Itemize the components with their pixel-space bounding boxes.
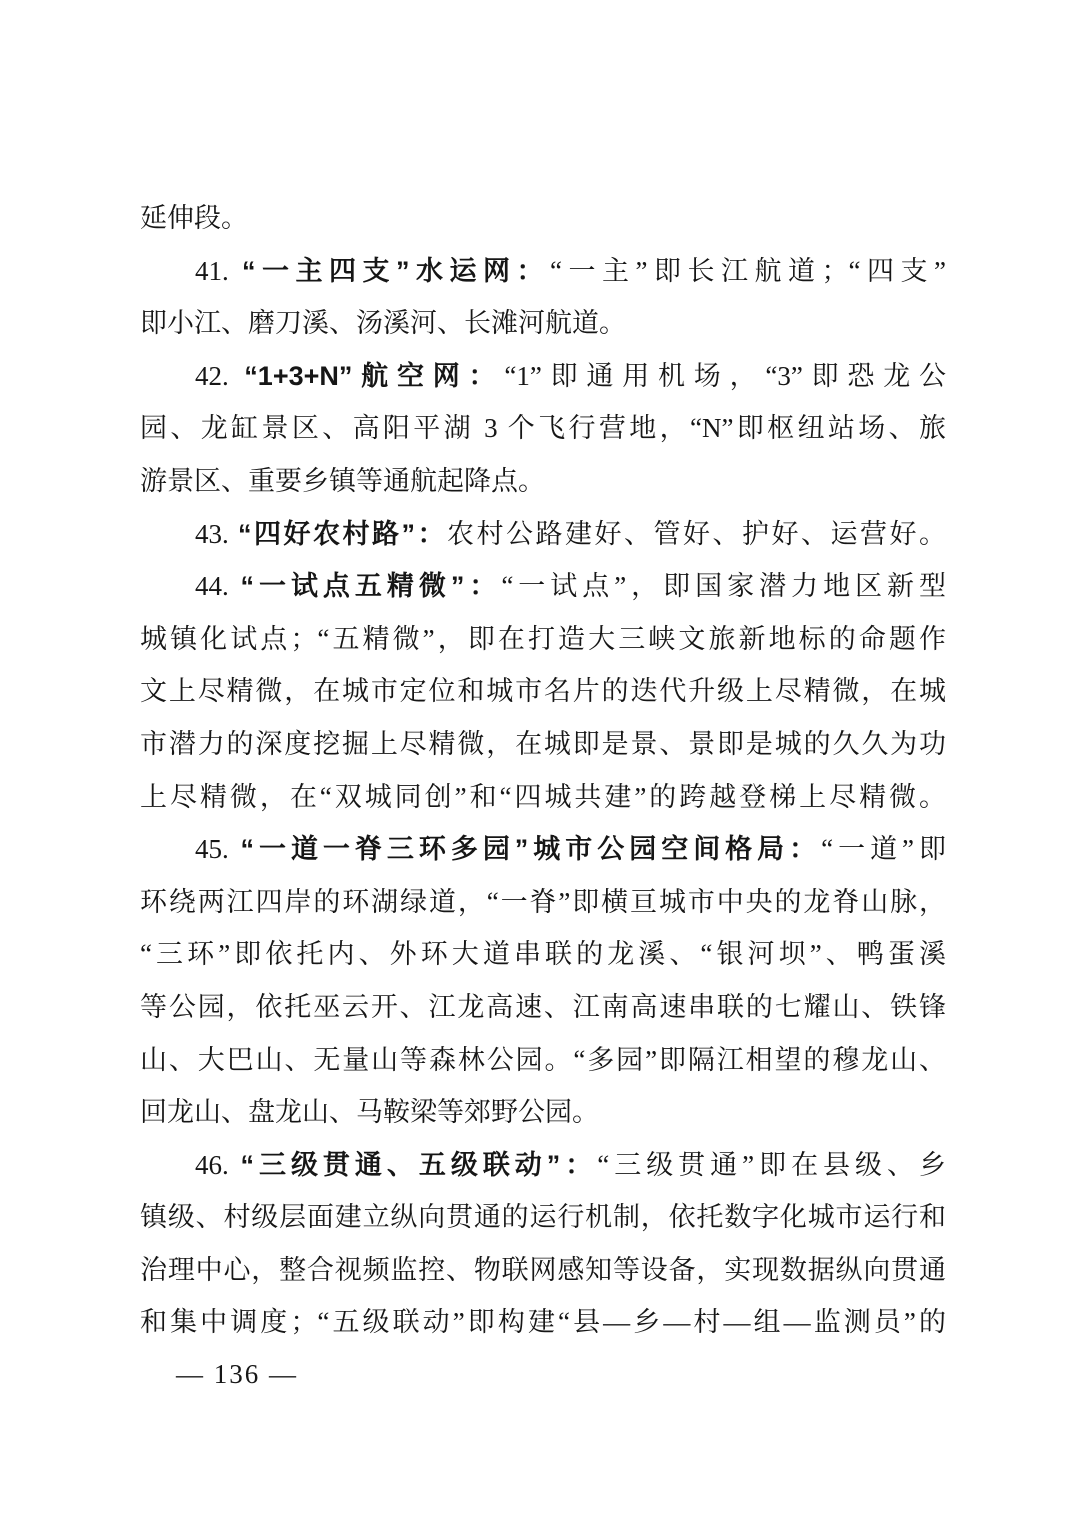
text-line: 43. “四好农村路”：农村公路建好、管好、护好、运营好。 (140, 508, 946, 561)
text-run: 43. (195, 519, 238, 549)
text-run: 即小江、磨刀溪、汤溪河、长滩河航道。 (140, 308, 626, 338)
text-run: 等公园，依托巫云开、江龙高速、江南高速串联的七耀山、铁锋 (140, 992, 946, 1022)
term-heading: “三级贯通、五级联动”： (240, 1150, 597, 1180)
text-line: 42. “1+3+N”航空网：“1”即通用机场，“3”即恐龙公 (140, 350, 946, 403)
text-run: 上尽精微，在“双城同创”和“四城共建”的跨越登梯上尽精微。 (140, 782, 946, 812)
text-run: 46. (195, 1150, 240, 1180)
text-line: 等公园，依托巫云开、江龙高速、江南高速串联的七耀山、铁锋 (140, 981, 946, 1034)
text-run: 延伸段。 (140, 203, 248, 233)
text-run: “1”即通用机场，“3”即恐龙公 (504, 361, 946, 391)
text-line: “三环”即依托内、外环大道串联的龙溪、“银河坝”、鸭蛋溪 (140, 928, 946, 981)
text-line: 41. “一主四支”水运网：“一主”即长江航道；“四支” (140, 245, 946, 298)
text-run: 游景区、重要乡镇等通航起降点。 (140, 466, 545, 496)
text-run: 45. (195, 834, 240, 864)
page-number: — 136 — (176, 1348, 298, 1400)
text-line: 园、龙缸景区、高阳平湖 3 个飞行营地，“N”即枢纽站场、旅 (140, 402, 946, 455)
text-line: 山、大巴山、无量山等森林公园。“多园”即隔江相望的穆龙山、 (140, 1034, 946, 1087)
text-run: 环绕两江四岸的环湖绿道，“一脊”即横亘城市中央的龙脊山脉， (140, 887, 946, 917)
text-line: 即小江、磨刀溪、汤溪河、长滩河航道。 (140, 297, 946, 350)
text-line: 上尽精微，在“双城同创”和“四城共建”的跨越登梯上尽精微。 (140, 771, 946, 824)
term-heading: “四好农村路”： (238, 519, 447, 549)
term-heading: “一道一脊三环多园”城市公园空间格局： (240, 834, 821, 864)
text-line: 和集中调度；“五级联动”即构建“县—乡—村—组—监测员”的 (140, 1296, 946, 1349)
text-run: 文上尽精微，在城市定位和城市名片的迭代升级上尽精微，在城 (140, 676, 946, 706)
text-run: 城镇化试点；“五精微”，即在打造大三峡文旅新地标的命题作 (140, 624, 946, 654)
text-run: 山、大巴山、无量山等森林公园。“多园”即隔江相望的穆龙山、 (140, 1045, 946, 1075)
text-run: 和集中调度；“五级联动”即构建“县—乡—村—组—监测员”的 (140, 1307, 946, 1337)
text-line: 游景区、重要乡镇等通航起降点。 (140, 455, 946, 508)
text-line: 延伸段。 (140, 192, 946, 245)
text-run: 回龙山、盘龙山、马鞍梁等郊野公园。 (140, 1097, 599, 1127)
text-run: “一道”即 (821, 834, 946, 864)
page-body: 延伸段。41. “一主四支”水运网：“一主”即长江航道；“四支”即小江、磨刀溪、… (140, 192, 946, 1349)
text-run: 41. (195, 256, 242, 286)
text-line: 回龙山、盘龙山、马鞍梁等郊野公园。 (140, 1086, 946, 1139)
text-run: “三环”即依托内、外环大道串联的龙溪、“银河坝”、鸭蛋溪 (140, 939, 946, 969)
text-line: 44. “一试点五精微”：“一试点”，即国家潜力地区新型 (140, 560, 946, 613)
text-line: 45. “一道一脊三环多园”城市公园空间格局：“一道”即 (140, 823, 946, 876)
text-line: 治理中心，整合视频监控、物联网感知等设备，实现数据纵向贯通 (140, 1244, 946, 1297)
text-run: 治理中心，整合视频监控、物联网感知等设备，实现数据纵向贯通 (140, 1255, 946, 1285)
term-heading: “1+3+N”航空网： (244, 361, 504, 391)
text-run: 市潜力的深度挖掘上尽精微，在城即是景、景即是城的久久为功 (140, 729, 946, 759)
text-run: 42. (195, 361, 244, 391)
text-run: “三级贯通”即在县级、乡 (597, 1150, 946, 1180)
text-run: “一主”即长江航道；“四支” (550, 256, 946, 286)
text-run: 农村公路建好、管好、护好、运营好。 (447, 519, 946, 549)
text-line: 市潜力的深度挖掘上尽精微，在城即是景、景即是城的久久为功 (140, 718, 946, 771)
text-line: 环绕两江四岸的环湖绿道，“一脊”即横亘城市中央的龙脊山脉， (140, 876, 946, 929)
text-run: 园、龙缸景区、高阳平湖 3 个飞行营地，“N”即枢纽站场、旅 (140, 413, 946, 443)
term-heading: “一试点五精微”： (240, 571, 501, 601)
text-run: 镇级、村级层面建立纵向贯通的运行机制，依托数字化城市运行和 (140, 1202, 946, 1232)
text-line: 文上尽精微，在城市定位和城市名片的迭代升级上尽精微，在城 (140, 665, 946, 718)
text-run: 44. (195, 571, 240, 601)
text-run: “一试点”，即国家潜力地区新型 (501, 571, 946, 601)
text-line: 46. “三级贯通、五级联动”：“三级贯通”即在县级、乡 (140, 1139, 946, 1192)
term-heading: “一主四支”水运网： (242, 256, 550, 286)
document-page: 延伸段。41. “一主四支”水运网：“一主”即长江航道；“四支”即小江、磨刀溪、… (0, 0, 1074, 1520)
text-line: 城镇化试点；“五精微”，即在打造大三峡文旅新地标的命题作 (140, 613, 946, 666)
text-line: 镇级、村级层面建立纵向贯通的运行机制，依托数字化城市运行和 (140, 1191, 946, 1244)
